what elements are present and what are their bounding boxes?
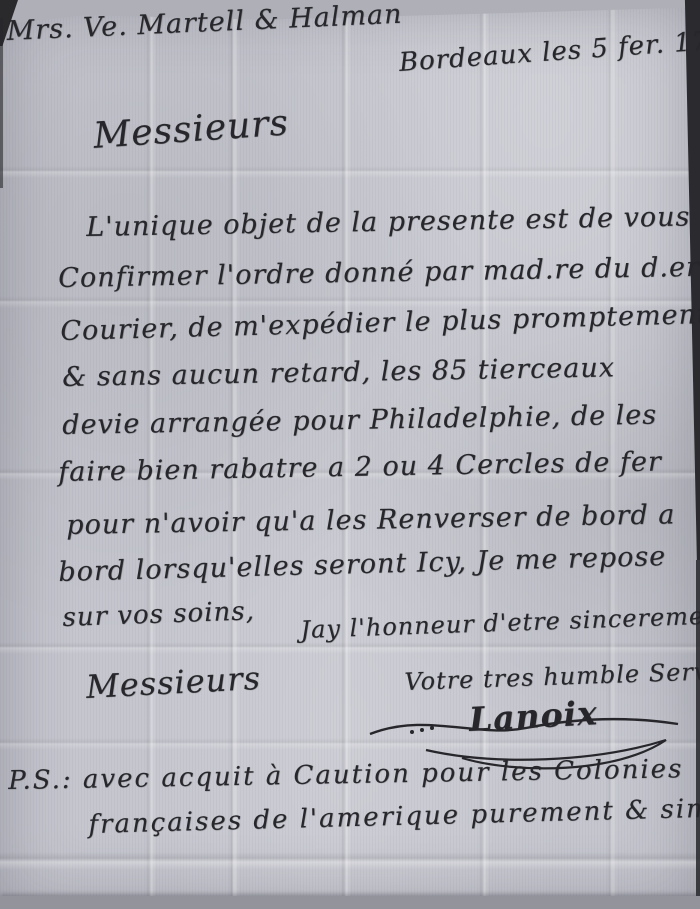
photo-dark-edge-left [0, 18, 3, 188]
letter-photo: Mrs. Ve. Martell & Halman Bordeaux les 5… [0, 0, 700, 909]
paper-bottom-fold-edge [0, 896, 700, 909]
